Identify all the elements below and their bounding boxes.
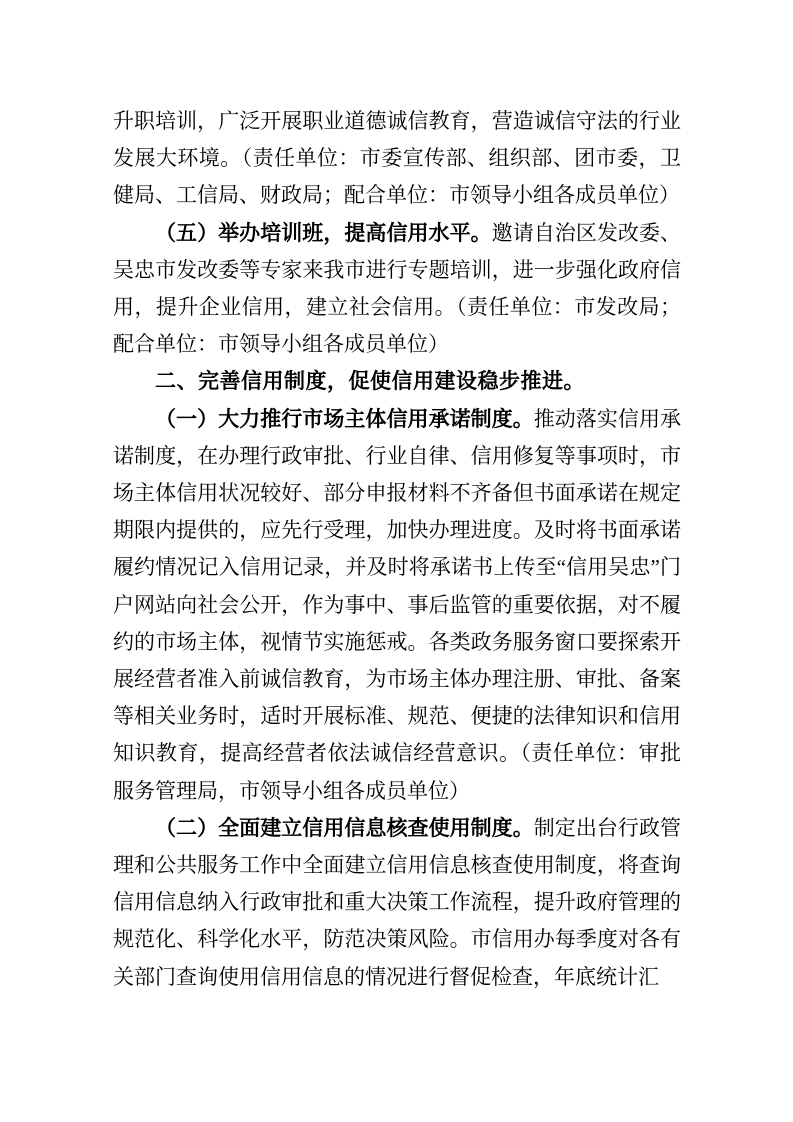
paragraph-item-5: （五）举办培训班，提高信用水平。邀请自治区发改委、吴忠市发改委等专家来我市进行专…	[113, 215, 681, 364]
body-text: 推动落实信用承诺制度，在办理行政审批、行业自律、信用修复等事项时，市场主体信用状…	[113, 407, 681, 766]
document-body: 升职培训，广泛开展职业道德诚信教育，营造诚信守法的行业发展大环境。（责任单位：市…	[113, 103, 681, 996]
section-heading: 二、完善信用制度，促使信用建设稳步推进。	[113, 363, 681, 400]
paragraph-item-1: （一）大力推行市场主体信用承诺制度。推动落实信用承诺制度，在办理行政审批、行业自…	[113, 401, 681, 810]
paragraph-item-2: （二）全面建立信用信息核查使用制度。制定出台行政管理和公共服务工作中全面建立信用…	[113, 810, 681, 996]
document-page: 升职培训，广泛开展职业道德诚信教育，营造诚信守法的行业发展大环境。（责任单位：市…	[0, 0, 793, 1122]
section-heading-text: 二、完善信用制度，促使信用建设稳步推进。	[155, 370, 585, 393]
item-heading-text: （五）举办培训班，提高信用水平。	[155, 221, 492, 245]
paragraph-continuation: 升职培训，广泛开展职业道德诚信教育，营造诚信守法的行业发展大环境。（责任单位：市…	[113, 103, 681, 215]
item-heading-text: （一）大力推行市场主体信用承诺制度。	[155, 407, 534, 431]
body-text: 制定出台行政管理和公共服务工作中全面建立信用信息核查使用制度，将查询信用信息纳入…	[113, 816, 681, 989]
item-heading-text: （二）全面建立信用信息核查使用制度。	[155, 816, 534, 840]
